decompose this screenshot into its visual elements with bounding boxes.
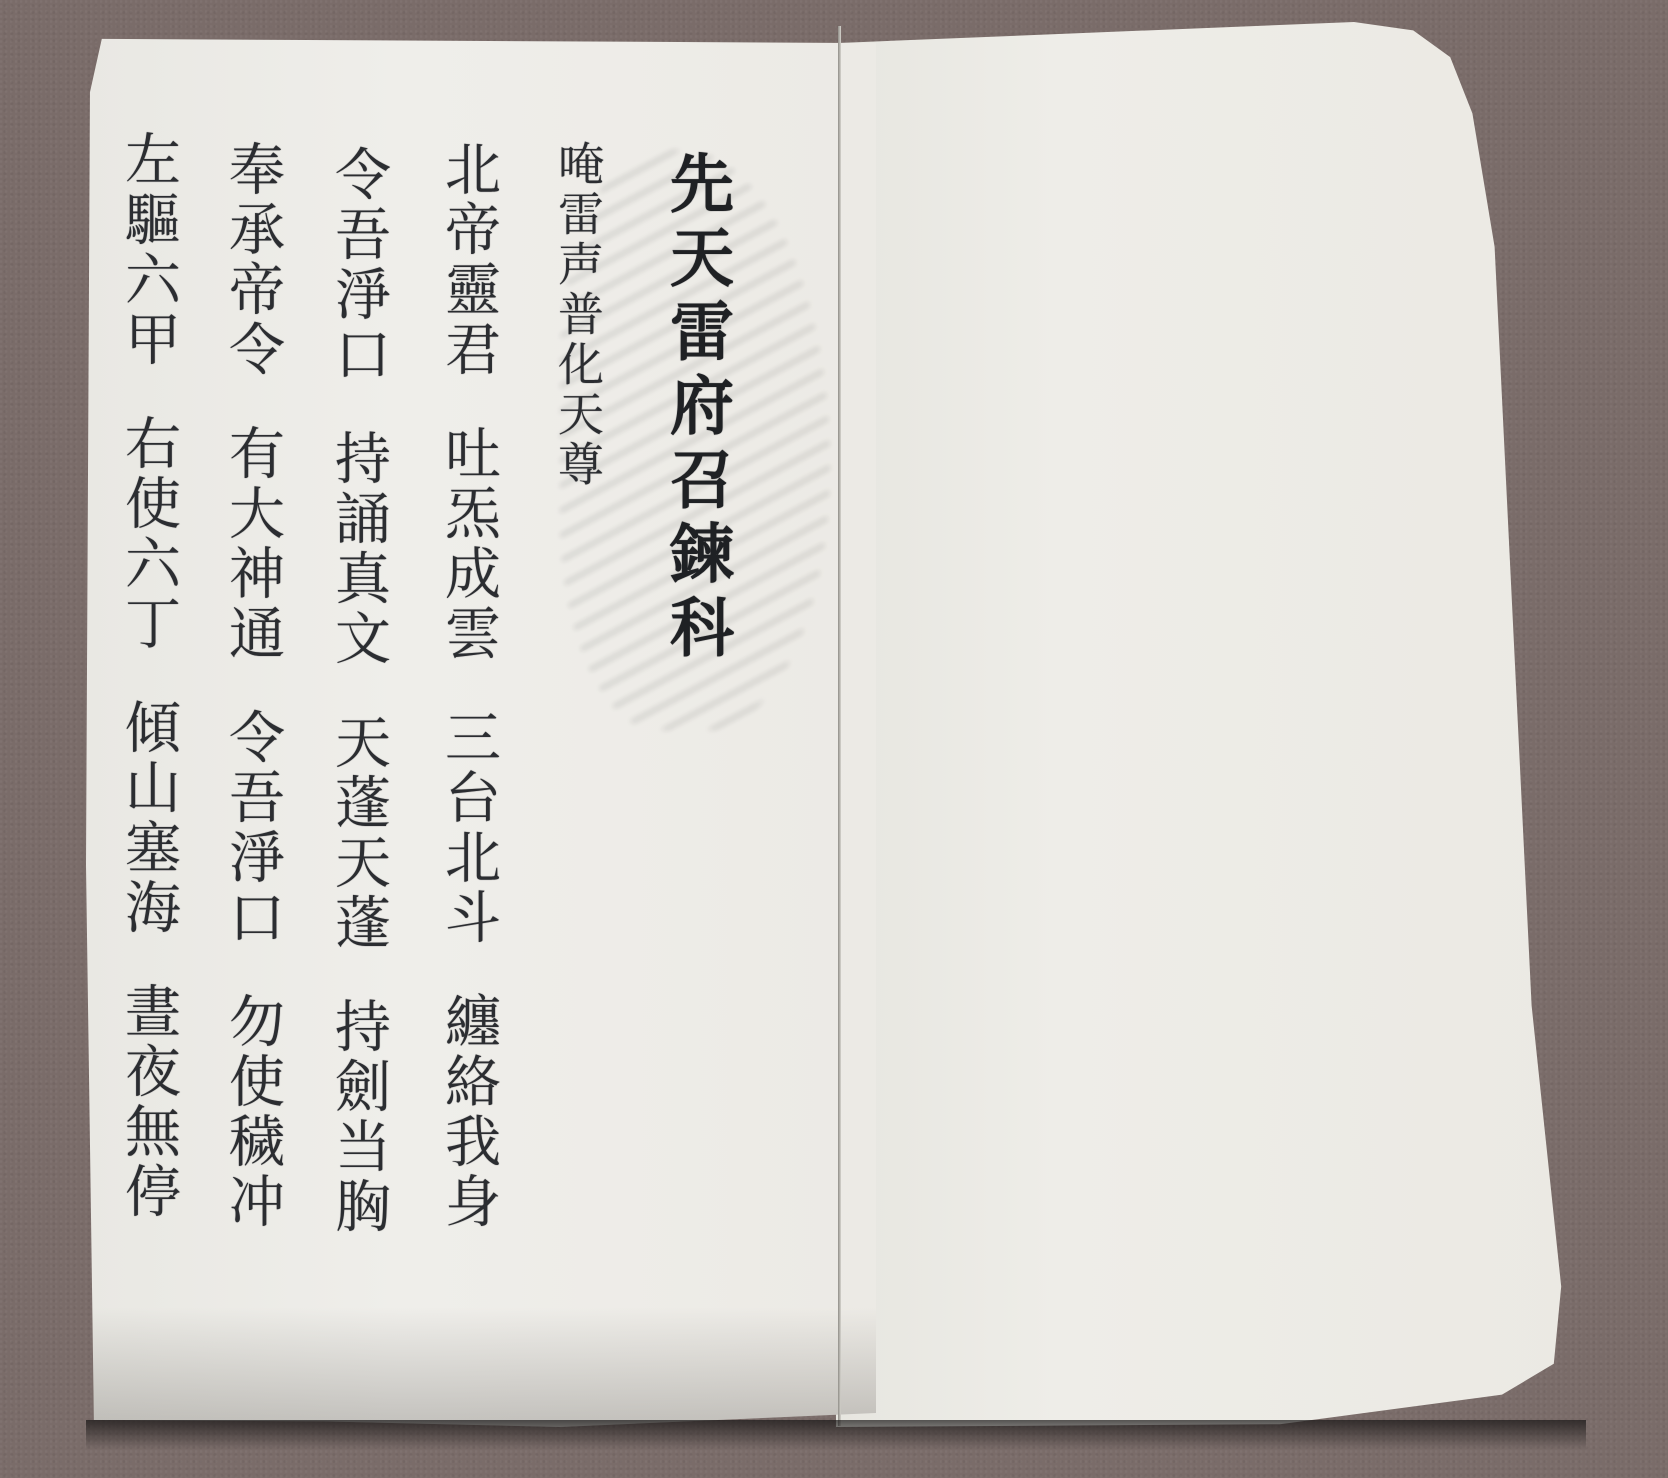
- right-page-blank: [836, 22, 1576, 1427]
- phrase: 晝夜無停: [108, 982, 188, 1222]
- phrase: 纏絡我身: [428, 992, 508, 1232]
- phrase: 吐炁成雲: [428, 424, 508, 664]
- manuscript-book: 先天雷府召鍊科 唵雷声普化天尊 北帝靈君吐炁成雲三台北斗纏絡我身 令吾淨口持誦真…: [0, 0, 1668, 1478]
- invocation-line: 唵雷声普化天尊: [545, 140, 611, 490]
- text-column-4: 左驅六甲右使六丁傾山塞海晝夜無停: [108, 130, 188, 1222]
- text-column-1: 北帝靈君吐炁成雲三台北斗纏絡我身: [428, 140, 508, 1232]
- phrase: 左驅六甲: [108, 130, 188, 370]
- phrase: 天蓬天蓬: [318, 713, 398, 953]
- text-column-3: 奉承帝令有大神通令吾淨口勿使穢冲: [212, 140, 292, 1232]
- phrase: 令吾淨口: [318, 145, 398, 385]
- phrase: 令吾淨口: [212, 708, 292, 948]
- page-stain: [86, 1307, 876, 1427]
- page-fold: [838, 26, 841, 1426]
- page-shadow: [86, 1420, 1586, 1450]
- phrase: 傾山塞海: [108, 698, 188, 938]
- phrase: 奉承帝令: [212, 140, 292, 380]
- phrase: 三台北斗: [428, 708, 508, 948]
- phrase: 有大神通: [212, 424, 292, 664]
- phrase: 右使六丁: [108, 414, 188, 654]
- phrase: 持誦真文: [318, 429, 398, 669]
- phrase: 北帝靈君: [428, 140, 508, 380]
- phrase: 持劍当胸: [318, 997, 398, 1237]
- manuscript-title: 先天雷府召鍊科: [650, 150, 742, 668]
- phrase: 勿使穢冲: [212, 992, 292, 1232]
- text-column-2: 令吾淨口持誦真文天蓬天蓬持劍当胸: [318, 145, 398, 1237]
